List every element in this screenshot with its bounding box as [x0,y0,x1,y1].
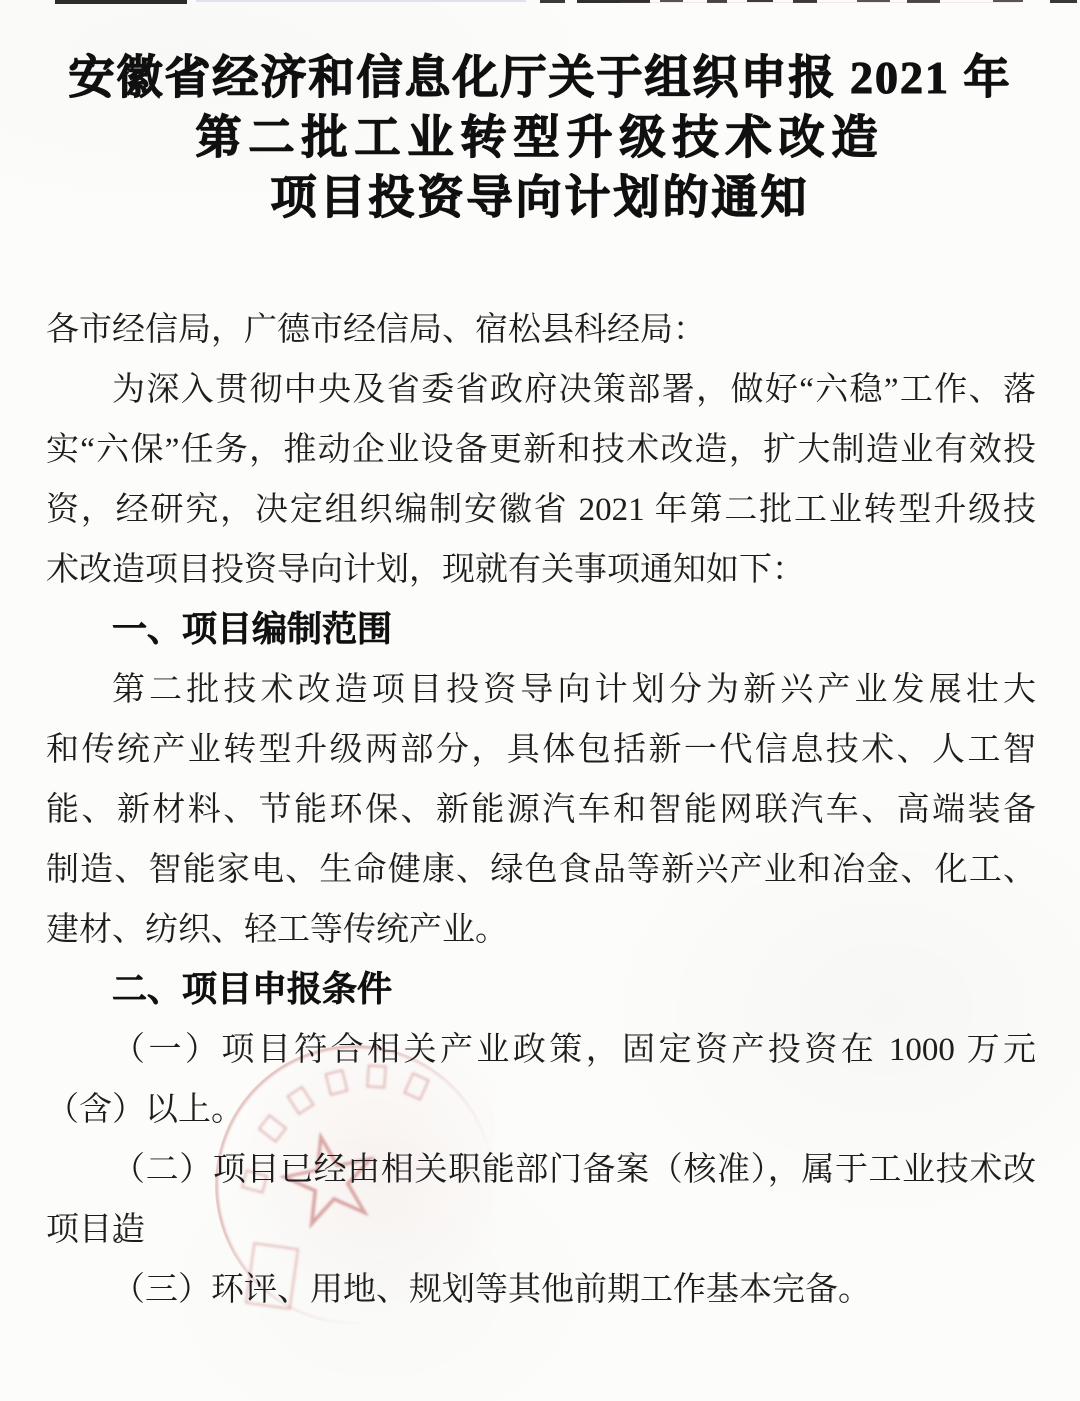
paragraph-line: 能、新材料、节能环保、新能源汽车和智能网联汽车、高端装备 [46,780,1036,840]
section-heading-2: 二、项目申报条件 [46,960,1036,1020]
paragraph-line: （一）项目符合相关产业政策，固定资产投资在 1000 万元 [46,1020,1036,1080]
paragraph-line: （含）以上。 [46,1080,1036,1140]
salutation-line: 各市经信局，广德市经信局、宿松县科经局： [46,300,1036,360]
title-body-gap [0,228,1080,300]
paragraph-line: 和传统产业转型升级两部分，具体包括新一代信息技术、人工智 [46,720,1036,780]
paragraph-line: 建材、纺织、轻工等传统产业。 [46,900,1036,960]
scanned-document-page: ☆ 安徽省经济和信息化厅关于组织申报 2021 年 第二批工业转型升级技术改造 … [0,0,1080,1401]
paragraph-line: 术改造项目投资导向计划，现就有关事项通知如下： [46,540,1036,600]
scan-artifact [1050,0,1077,3]
scan-artifact [620,2,1020,3]
paragraph-line: 第二批技术改造项目投资导向计划分为新兴产业发展壮大 [46,660,1036,720]
scan-artifact [196,0,526,2]
document-title-line-2: 第二批工业转型升级技术改造 [40,108,1040,168]
paragraph-line: 为深入贯彻中央及省委省政府决策部署，做好“六稳”工作、落 [46,360,1036,420]
paragraph-line: 项目。 [46,1200,1036,1260]
document-title-line-3: 项目投资导向计划的通知 [40,168,1040,228]
scan-artifact [540,0,565,3]
document-body: 各市经信局，广德市经信局、宿松县科经局： 为深入贯彻中央及省委省政府决策部署，做… [46,300,1036,1320]
paragraph-line: 资，经研究，决定组织编制安徽省 2021 年第二批工业转型升级技 [46,480,1036,540]
paragraph-line: （二）项目已经由相关职能部门备案（核准），属于工业技术改造 [46,1140,1036,1200]
document-title-line-1: 安徽省经济和信息化厅关于组织申报 2021 年 [40,48,1040,108]
section-heading-1: 一、项目编制范围 [46,600,1036,660]
document-title: 安徽省经济和信息化厅关于组织申报 2021 年 第二批工业转型升级技术改造 项目… [40,48,1040,228]
scan-artifact [55,0,187,4]
paragraph-line: 实“六保”任务，推动企业设备更新和技术改造，扩大制造业有效投 [46,420,1036,480]
paragraph-line: （三）环评、用地、规划等其他前期工作基本完备。 [46,1260,1036,1320]
paragraph-line: 制造、智能家电、生命健康、绿色食品等新兴产业和冶金、化工、 [46,840,1036,900]
